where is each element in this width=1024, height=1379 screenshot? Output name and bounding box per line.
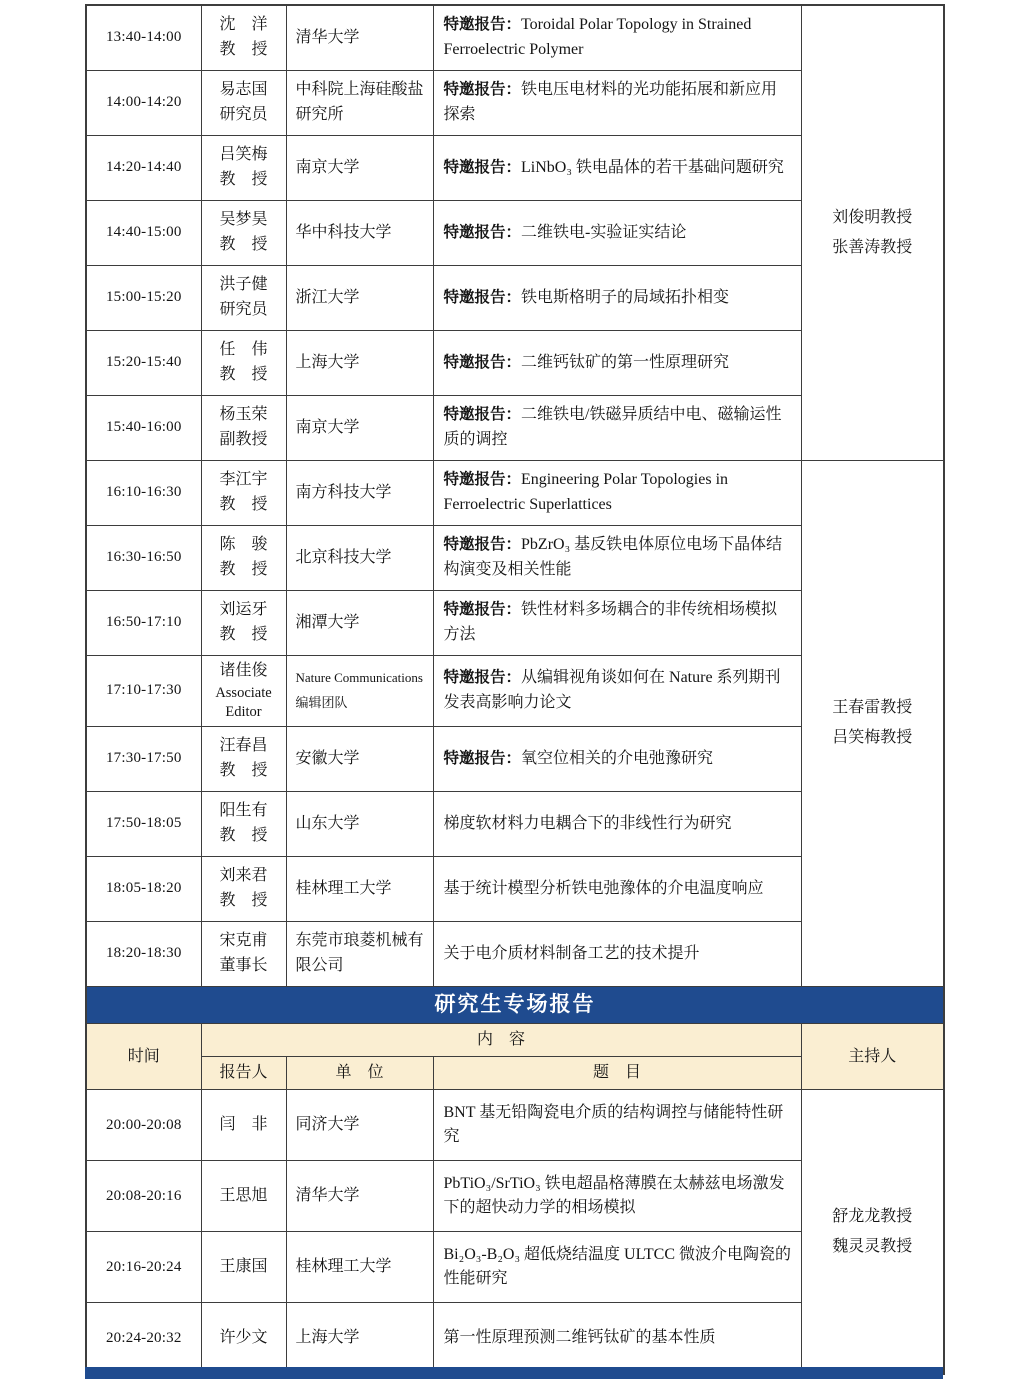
org-cell: 浙江大学 <box>286 266 433 331</box>
invited-talk-prefix: 特邀报告： <box>444 354 522 371</box>
talk-title-cell: 特邀报告：LiNbO₃ 铁电晶体的若干基础问题研究 <box>433 136 801 201</box>
speaker-name: 汪春昌 <box>204 734 284 759</box>
host-name: 刘俊明教授 <box>806 203 940 233</box>
speaker-title: 董事长 <box>204 954 284 979</box>
invited-talk-prefix: 特邀报告： <box>444 159 522 176</box>
talk-title: 氧空位相关的介电弛豫研究 <box>521 750 713 767</box>
speaker-title: 教 授 <box>204 759 284 784</box>
speaker-name: 陈 骏 <box>204 533 284 558</box>
host-name: 魏灵灵教授 <box>806 1232 940 1262</box>
talk-title-cell: Bi₂O₃-B₂O₃ 超低烧结温度 ULTCC 微波介电陶瓷的性能研究 <box>433 1232 801 1303</box>
talk-title: PbTiO₃/SrTiO₃ 铁电超晶格薄膜在太赫兹电场激发下的超快动力学的相场模… <box>444 1175 785 1217</box>
speaker-name: 刘运牙 <box>204 598 284 623</box>
speaker-title: 教 授 <box>204 623 284 648</box>
invited-talk-prefix: 特邀报告： <box>444 81 522 98</box>
org-cell: 清华大学 <box>286 5 433 71</box>
org-cell: 上海大学 <box>286 1303 433 1375</box>
speaker-title: 教 授 <box>204 824 284 849</box>
session-row: 16:10-16:30李江宇教 授南方科技大学特邀报告：Engineering … <box>86 461 944 526</box>
table-header-row-top: 时间 内 容 主持人 <box>86 1024 944 1057</box>
talk-title: 关于电介质材料制备工艺的技术提升 <box>444 945 700 962</box>
host-name: 舒龙龙教授 <box>806 1202 940 1232</box>
speaker-cell: 沈 洋教 授 <box>201 5 286 71</box>
talk-title: LiNbO₃ 铁电晶体的若干基础问题研究 <box>521 159 784 176</box>
talk-title: 梯度软材料力电耦合下的非线性行为研究 <box>444 815 732 832</box>
speaker-name: 洪子健 <box>204 273 284 298</box>
invited-talks-section: 13:40-14:00沈 洋教 授清华大学特邀报告：Toroidal Polar… <box>86 5 944 986</box>
org-cell: 桂林理工大学 <box>286 856 433 921</box>
org-cell: 南京大学 <box>286 136 433 201</box>
grad-session-header: 研究生专场报告 时间 内 容 主持人 报告人 单 位 题 目 <box>86 986 944 1090</box>
talk-title-cell: 特邀报告：氧空位相关的介电弛豫研究 <box>433 726 801 791</box>
section-banner-row: 研究生专场报告 <box>86 986 944 1024</box>
time-cell: 17:10-17:30 <box>86 656 201 727</box>
time-cell: 18:05-18:20 <box>86 856 201 921</box>
org-cell: 华中科技大学 <box>286 201 433 266</box>
session-row: 20:00-20:08闫 非同济大学BNT 基无铅陶瓷电介质的结构调控与储能特性… <box>86 1090 944 1161</box>
host-name: 张善涛教授 <box>806 233 940 263</box>
talk-title: 铁电斯格明子的局域拓扑相变 <box>521 289 729 306</box>
speaker-name: 吕笑梅 <box>204 143 284 168</box>
time-cell: 14:40-15:00 <box>86 201 201 266</box>
talk-title-cell: PbTiO₃/SrTiO₃ 铁电超晶格薄膜在太赫兹电场激发下的超快动力学的相场模… <box>433 1161 801 1232</box>
org-cell: 北京科技大学 <box>286 526 433 591</box>
speaker-title: 教 授 <box>204 363 284 388</box>
speaker-title: 研究员 <box>204 103 284 128</box>
speaker-cell: 阳生有教 授 <box>201 791 286 856</box>
talk-title: Bi₂O₃-B₂O₃ 超低烧结温度 ULTCC 微波介电陶瓷的性能研究 <box>444 1246 792 1288</box>
speaker-title: Associate Editor <box>204 684 284 723</box>
column-header-speaker: 报告人 <box>201 1057 286 1090</box>
host-cell: 王春雷教授吕笑梅教授 <box>801 461 944 987</box>
speaker-name: 沈 洋 <box>204 13 284 38</box>
speaker-title: 教 授 <box>204 168 284 193</box>
talk-title-cell: 关于电介质材料制备工艺的技术提升 <box>433 921 801 986</box>
column-header-host: 主持人 <box>801 1024 944 1090</box>
speaker-name: 王康国 <box>204 1255 284 1280</box>
org-cell: 桂林理工大学 <box>286 1232 433 1303</box>
talk-title-cell: 特邀报告：二维铁电/铁磁异质结中电、磁输运性质的调控 <box>433 396 801 461</box>
talk-title: BNT 基无铅陶瓷电介质的结构调控与储能特性研究 <box>444 1104 784 1146</box>
host-cell: 舒龙龙教授魏灵灵教授 <box>801 1090 944 1375</box>
speaker-cell: 吴梦昊教 授 <box>201 201 286 266</box>
talk-title-cell: 特邀报告：铁电压电材料的光功能拓展和新应用探索 <box>433 71 801 136</box>
time-cell: 20:00-20:08 <box>86 1090 201 1161</box>
invited-talk-prefix: 特邀报告： <box>444 536 522 553</box>
speaker-name: 任 伟 <box>204 338 284 363</box>
speaker-title: 教 授 <box>204 889 284 914</box>
time-cell: 20:24-20:32 <box>86 1303 201 1375</box>
speaker-cell: 洪子健研究员 <box>201 266 286 331</box>
column-header-content: 内 容 <box>201 1024 801 1057</box>
speaker-cell: 李江宇教 授 <box>201 461 286 526</box>
invited-talk-prefix: 特邀报告： <box>444 406 522 423</box>
column-header-org: 单 位 <box>286 1057 433 1090</box>
org-cell: 南方科技大学 <box>286 461 433 526</box>
talk-title-cell: 特邀报告：Toroidal Polar Topology in Strained… <box>433 5 801 71</box>
invited-talk-prefix: 特邀报告： <box>444 471 522 488</box>
talk-title: 基于统计模型分析铁电弛豫体的介电温度响应 <box>444 880 764 897</box>
talk-title-cell: 第一性原理预测二维钙钛矿的基本性质 <box>433 1303 801 1375</box>
time-cell: 16:30-16:50 <box>86 526 201 591</box>
org-cell: 安徽大学 <box>286 726 433 791</box>
talk-title: 二维钙钛矿的第一性原理研究 <box>521 354 729 371</box>
time-cell: 20:08-20:16 <box>86 1161 201 1232</box>
speaker-cell: 汪春昌教 授 <box>201 726 286 791</box>
speaker-name: 刘来君 <box>204 864 284 889</box>
grad-talks-section: 20:00-20:08闫 非同济大学BNT 基无铅陶瓷电介质的结构调控与储能特性… <box>86 1090 944 1375</box>
invited-talk-prefix: 特邀报告： <box>444 601 522 618</box>
speaker-name: 阳生有 <box>204 799 284 824</box>
speaker-title: 研究员 <box>204 298 284 323</box>
time-cell: 15:20-15:40 <box>86 331 201 396</box>
next-section-banner-cutoff <box>85 1367 943 1379</box>
time-cell: 14:20-14:40 <box>86 136 201 201</box>
speaker-cell: 任 伟教 授 <box>201 331 286 396</box>
org-cell: 清华大学 <box>286 1161 433 1232</box>
org-cell: 中科院上海硅酸盐研究所 <box>286 71 433 136</box>
speaker-name: 许少文 <box>204 1326 284 1351</box>
talk-title-cell: 基于统计模型分析铁电弛豫体的介电温度响应 <box>433 856 801 921</box>
speaker-cell: 王康国 <box>201 1232 286 1303</box>
org-cell: 湘潭大学 <box>286 591 433 656</box>
org-cell: 南京大学 <box>286 396 433 461</box>
speaker-name: 杨玉荣 <box>204 403 284 428</box>
speaker-cell: 易志国研究员 <box>201 71 286 136</box>
speaker-title: 副教授 <box>204 428 284 453</box>
speaker-title: 教 授 <box>204 233 284 258</box>
time-cell: 18:20-18:30 <box>86 921 201 986</box>
host-name: 吕笑梅教授 <box>806 723 940 753</box>
talk-title-cell: 梯度软材料力电耦合下的非线性行为研究 <box>433 791 801 856</box>
column-header-title: 题 目 <box>433 1057 801 1090</box>
org-name: Nature Communications 编辑团队 <box>296 670 423 710</box>
org-cell: Nature Communications 编辑团队 <box>286 656 433 727</box>
time-cell: 15:40-16:00 <box>86 396 201 461</box>
talk-title-cell: 特邀报告：Engineering Polar Topologies in Fer… <box>433 461 801 526</box>
talk-title: 第一性原理预测二维钙钛矿的基本性质 <box>444 1329 716 1346</box>
time-cell: 15:00-15:20 <box>86 266 201 331</box>
speaker-cell: 宋克甫董事长 <box>201 921 286 986</box>
talk-title-cell: BNT 基无铅陶瓷电介质的结构调控与储能特性研究 <box>433 1090 801 1161</box>
speaker-cell: 许少文 <box>201 1303 286 1375</box>
talk-title-cell: 特邀报告：铁性材料多场耦合的非传统相场模拟方法 <box>433 591 801 656</box>
column-header-time: 时间 <box>86 1024 201 1090</box>
time-cell: 13:40-14:00 <box>86 5 201 71</box>
speaker-cell: 闫 非 <box>201 1090 286 1161</box>
speaker-name: 易志国 <box>204 78 284 103</box>
time-cell: 17:30-17:50 <box>86 726 201 791</box>
org-cell: 上海大学 <box>286 331 433 396</box>
time-cell: 17:50-18:05 <box>86 791 201 856</box>
time-cell: 14:00-14:20 <box>86 71 201 136</box>
talk-title-cell: 特邀报告：二维铁电-实验证实结论 <box>433 201 801 266</box>
talk-title-cell: 特邀报告：铁电斯格明子的局域拓扑相变 <box>433 266 801 331</box>
invited-talk-prefix: 特邀报告： <box>444 669 522 686</box>
host-cell: 刘俊明教授张善涛教授 <box>801 5 944 461</box>
invited-talk-prefix: 特邀报告： <box>444 224 522 241</box>
speaker-cell: 刘运牙教 授 <box>201 591 286 656</box>
invited-talk-prefix: 特邀报告： <box>444 750 522 767</box>
program-table: 13:40-14:00沈 洋教 授清华大学特邀报告：Toroidal Polar… <box>85 4 945 1375</box>
speaker-name: 王思旭 <box>204 1184 284 1209</box>
speaker-title: 教 授 <box>204 558 284 583</box>
talk-title-cell: 特邀报告：PbZrO₃ 基反铁电体原位电场下晶体结构演变及相关性能 <box>433 526 801 591</box>
invited-talk-prefix: 特邀报告： <box>444 16 522 33</box>
org-cell: 东莞市琅菱机械有限公司 <box>286 921 433 986</box>
time-cell: 16:50-17:10 <box>86 591 201 656</box>
invited-talk-prefix: 特邀报告： <box>444 289 522 306</box>
speaker-title: 教 授 <box>204 493 284 518</box>
speaker-cell: 杨玉荣副教授 <box>201 396 286 461</box>
speaker-cell: 陈 骏教 授 <box>201 526 286 591</box>
speaker-name: 宋克甫 <box>204 929 284 954</box>
talk-title: 二维铁电-实验证实结论 <box>521 224 686 241</box>
speaker-cell: 刘来君教 授 <box>201 856 286 921</box>
speaker-cell: 诸佳俊Associate Editor <box>201 656 286 727</box>
talk-title-cell: 特邀报告：二维钙钛矿的第一性原理研究 <box>433 331 801 396</box>
org-cell: 同济大学 <box>286 1090 433 1161</box>
speaker-cell: 吕笑梅教 授 <box>201 136 286 201</box>
conference-program-page: 13:40-14:00沈 洋教 授清华大学特邀报告：Toroidal Polar… <box>0 0 1024 1379</box>
talk-title-cell: 特邀报告：从编辑视角谈如何在 Nature 系列期刊发表高影响力论文 <box>433 656 801 727</box>
speaker-cell: 王思旭 <box>201 1161 286 1232</box>
session-row: 13:40-14:00沈 洋教 授清华大学特邀报告：Toroidal Polar… <box>86 5 944 71</box>
speaker-name: 闫 非 <box>204 1113 284 1138</box>
speaker-title: 教 授 <box>204 38 284 63</box>
speaker-name: 李江宇 <box>204 468 284 493</box>
section-banner: 研究生专场报告 <box>86 986 944 1024</box>
speaker-name: 诸佳俊 <box>204 659 284 684</box>
host-name: 王春雷教授 <box>806 693 940 723</box>
time-cell: 20:16-20:24 <box>86 1232 201 1303</box>
time-cell: 16:10-16:30 <box>86 461 201 526</box>
org-cell: 山东大学 <box>286 791 433 856</box>
speaker-name: 吴梦昊 <box>204 208 284 233</box>
